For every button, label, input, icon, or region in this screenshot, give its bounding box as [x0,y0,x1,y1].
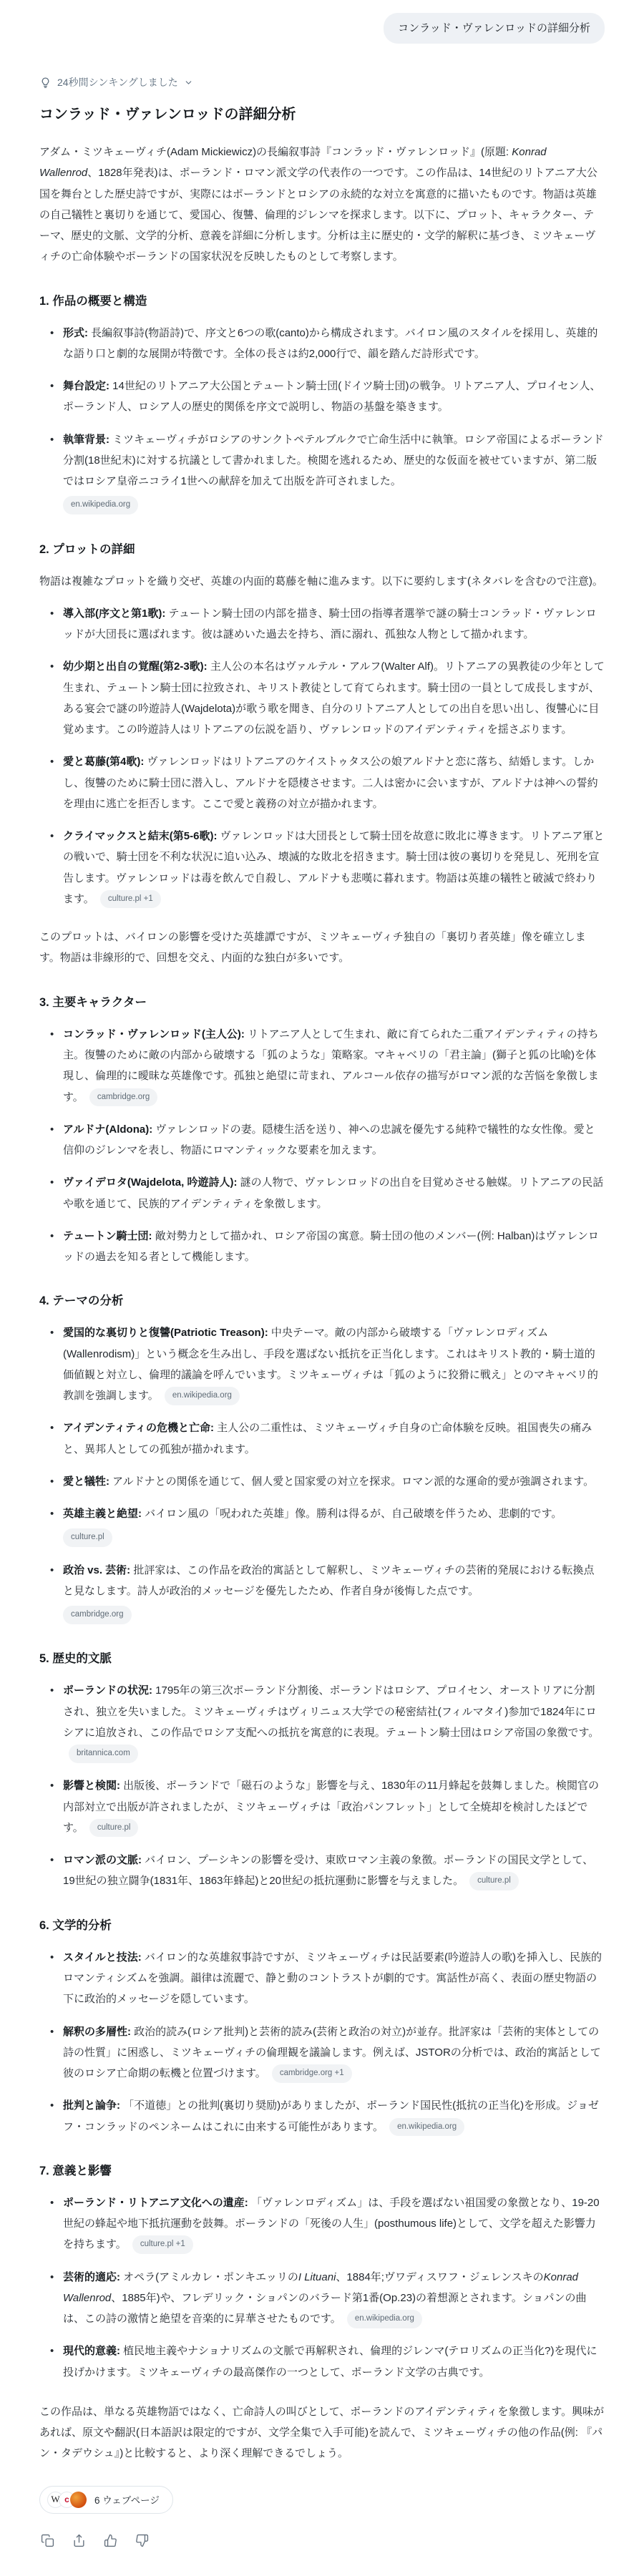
citation-pill[interactable]: en.wikipedia.org [165,1387,240,1405]
section-4-list: 愛国的な裏切りと復讐(Patriotic Treason): 中央テーマ。敵の内… [39,1322,605,1625]
intro-paragraph: アダム・ミツキェーヴィチ(Adam Mickiewicz)の長編叙事詩『コンラッ… [39,142,605,268]
bullet-label: ポーランドの状況: [63,1684,155,1697]
thinking-label: 24秒間シンキングしました [57,75,178,89]
citation-pill[interactable]: cambridge.org [89,1088,158,1107]
bullet-item: アルドナ(Aldona): ヴァレンロッドの妻。隠棲生活を送り、神への忠誠を優先… [39,1119,605,1161]
bullet-item: 愛と葛藤(第4歌): ヴァレンロッドはリトアニアのケイストゥタス公の娘アルドナと… [39,751,605,814]
bullet-label: 現代的意義: [63,2345,123,2357]
bullet-label: 芸術的適応: [63,2271,123,2283]
section-5-list: ポーランドの状況: 1795年の第三次ポーランド分割後、ポーランドはロシア、プロ… [39,1680,605,1891]
sources-chip[interactable]: W c 6 ウェブページ [39,2486,173,2514]
section-7-list: ポーランド・リトアニア文化への遺産: 「ヴァレンロディズム」は、手段を選ばない祖… [39,2192,605,2383]
bullet-text: 、1884年;ヴワディスワフ・ジェレンスキの [336,2271,543,2283]
bullet-label: コンラッド・ヴァレンロッド(主人公): [63,1028,248,1040]
thumbs-down-button[interactable] [135,2534,149,2547]
bullet-item: スタイルと技法: バイロン的な英雄叙事詩ですが、ミツキェーヴィチは民話要素(吟遊… [39,1947,605,2010]
bullet-label: 執筆背景: [63,434,112,446]
thumbs-up-icon [104,2534,117,2547]
bullet-item: 導入部(序文と第1歌): テュートン騎士団の内部を描き、騎士団の指導者選挙で謎の… [39,603,605,645]
thumbs-up-button[interactable] [104,2534,117,2547]
section-2-list: 導入部(序文と第1歌): テュートン騎士団の内部を描き、騎士団の指導者選挙で謎の… [39,603,605,909]
bullet-item: 舞台設定: 14世紀のリトアニア大公国とテュートン騎士団(ドイツ騎士団)の戦争。… [39,376,605,418]
section-heading-3: 3. 主要キャラクター [39,995,605,1011]
intro-part1: アダム・ミツキェーヴィチ(Adam Mickiewicz)の長編叙事詩『コンラッ… [39,146,512,158]
section-heading-1: 1. 作品の概要と構造 [39,293,605,310]
bullet-label: 形式: [63,327,91,339]
bullet-item: 愛と犠牲: アルドナとの関係を通じて、個人愛と国家愛の対立を探求。ロマン派的な運… [39,1471,605,1492]
section-2-outro: このプロットは、バイロンの影響を受けた英雄譚ですが、ミツキェーヴィチ独自の「裏切… [39,927,605,969]
thumbs-down-icon [135,2534,149,2547]
citation-pill[interactable]: en.wikipedia.org [347,2310,422,2328]
bullet-label: 舞台設定: [63,380,112,392]
bullet-text: バイロン的な英雄叙事詩ですが、ミツキェーヴィチは民話要素(吟遊詩人の歌)を挿入し… [63,1951,602,2006]
bullet-item: 幼少期と出自の覚醒(第2-3歌): 主人公の本名はヴァルテル・アルフ(Walte… [39,656,605,740]
chat-page: コンラッド・ヴァレンロッドの詳細分析 24秒間シンキングしました コンラッド・ヴ… [0,0,644,2576]
bullet-text: 「不道徳」との批判(裏切り奨励)がありましたが、ポーランド国民性(抵抗の正当化)… [63,2099,599,2132]
bullet-text: 長編叙事詩(物語詩)で、序文と6つの歌(canto)から構成されます。バイロン風… [63,327,597,360]
citation-pill[interactable]: culture.pl +1 [132,2235,193,2254]
bullet-item: コンラッド・ヴァレンロッド(主人公): リトアニア人として生まれ、敵に育てられた… [39,1024,605,1108]
bullet-item: アイデンティティの危機と亡命: 主人公の二重性は、ミツキェーヴィチ自身の亡命体験… [39,1418,605,1460]
bullet-item: 愛国的な裏切りと復讐(Patriotic Treason): 中央テーマ。敵の内… [39,1322,605,1406]
bullet-text: 植民地主義やナショナリズムの文脈で再解釈され、倫理的ジレンマ(テロリズムの正当化… [63,2345,597,2378]
opera-title-italic: I Lituani [298,2271,336,2283]
answer-title: コンラッド・ヴァレンロッドの詳細分析 [39,105,605,125]
section-1-list: 形式: 長編叙事詩(物語詩)で、序文と6つの歌(canto)から構成されます。バ… [39,323,605,516]
source-favicons: W c [47,2492,87,2508]
bullet-item: ヴァイデロタ(Wajdelota, 吟遊詩人): 謎の人物で、ヴァレンロッドの出… [39,1172,605,1214]
bullet-label: 愛と犠牲: [63,1475,112,1488]
citation-pill[interactable]: culture.pl +1 [100,890,161,909]
section-heading-7: 7. 意義と影響 [39,2163,605,2180]
bullet-label: 導入部(序文と第1歌): [63,608,169,620]
section-6-list: スタイルと技法: バイロン的な英雄叙事詩ですが、ミツキェーヴィチは民話要素(吟遊… [39,1947,605,2137]
bullet-label: スタイルと技法: [63,1951,145,1963]
bullet-item: 影響と検閲: 出版後、ポーランドで「磁石のような」影響を与え、1830年の11月… [39,1775,605,1838]
bullet-label: 批判と論争: [63,2099,123,2112]
bullet-label: 解釈の多層性: [63,2026,134,2038]
bullet-text: ミツキェーヴィチがロシアのサンクトペテルブルクで亡命生活中に執筆。ロシア帝国によ… [63,434,604,488]
bullet-item: 政治 vs. 芸術: 批評家は、この作品を政治的寓話として解釈し、ミツキェーヴィ… [39,1560,605,1626]
bullet-item: 批判と論争: 「不道徳」との批判(裏切り奨励)がありましたが、ポーランド国民性(… [39,2095,605,2137]
bullet-text: 、1885年)や、フレデリック・ショパンのバラード第1番(Op.23)の着想源と… [63,2292,587,2325]
citation-pill[interactable]: culture.pl [469,1872,519,1890]
bullet-text: バイロン風の「呪われた英雄」像。勝利は得るが、自己破壊を伴うため、悲劇的です。 [145,1508,562,1520]
bullet-item: ポーランドの状況: 1795年の第三次ポーランド分割後、ポーランドはロシア、プロ… [39,1680,605,1764]
bullet-label: 愛と葛藤(第4歌): [63,756,147,768]
citation-pill[interactable]: culture.pl [89,1819,139,1838]
intro-part2: 、1828年発表)は、ポーランド・ロマン派文学の代表作の一つです。この作品は、1… [39,167,597,263]
bullet-item: クライマックスと結末(第5-6歌): ヴァレンロッドは大団長として騎士団を故意に… [39,826,605,909]
bullet-label: 英雄主義と絶望: [63,1508,145,1520]
bullet-item: 芸術的適応: オペラ(アミルカレ・ポンキエッリのI Lituani、1884年;… [39,2267,605,2330]
sources-chip-label: 6 ウェブページ [94,2492,160,2507]
answer-actions [41,2534,605,2547]
bullet-item: 英雄主義と絶望: バイロン風の「呪われた英雄」像。勝利は得るが、自己破壊を伴うた… [39,1503,605,1548]
britannica-favicon [70,2492,87,2508]
citation-pill[interactable]: britannica.com [69,1745,138,1763]
citation-pill[interactable]: cambridge.org [63,1606,132,1624]
section-heading-4: 4. テーマの分析 [39,1293,605,1309]
bullet-item: ポーランド・リトアニア文化への遺産: 「ヴァレンロディズム」は、手段を選ばない祖… [39,2192,605,2255]
section-heading-5: 5. 歴史的文脈 [39,1651,605,1667]
bullet-label: 影響と検閲: [63,1780,123,1792]
chevron-down-icon [184,78,193,87]
copy-button[interactable] [41,2534,54,2547]
bullet-item: 現代的意義: 植民地主義やナショナリズムの文脈で再解釈され、倫理的ジレンマ(テロ… [39,2341,605,2383]
lightbulb-icon [39,77,52,89]
user-message-row: コンラッド・ヴァレンロッドの詳細分析 [39,13,605,44]
bullet-label: テュートン騎士団: [63,1230,155,1242]
bullet-text: 14世紀のリトアニア大公国とテュートン騎士団(ドイツ騎士団)の戦争。リトアニア人… [63,380,600,413]
section-heading-2: 2. プロットの詳細 [39,542,605,558]
bullet-label: ヴァイデロタ(Wajdelota, 吟遊詩人): [63,1176,240,1189]
citation-pill[interactable]: culture.pl [63,1528,112,1547]
bullet-label: クライマックスと結末(第5-6歌): [63,830,220,842]
bullet-label: 幼少期と出自の覚醒(第2-3歌): [63,660,210,673]
bullet-label: アルドナ(Aldona): [63,1123,155,1136]
bullet-item: 形式: 長編叙事詩(物語詩)で、序文と6つの歌(canto)から構成されます。バ… [39,323,605,365]
bullet-item: 解釈の多層性: 政治的読み(ロシア批判)と芸術的読み(芸術と政治の対立)が並存。… [39,2021,605,2084]
bullet-label: ポーランド・リトアニア文化への遺産: [63,2197,251,2209]
bullet-text: アルドナとの関係を通じて、個人愛と国家愛の対立を探求。ロマン派的な運命的愛が強調… [112,1475,594,1488]
bullet-text: 出版後、ポーランドで「磁石のような」影響を与え、1830年の11月蜂起を鼓舞しま… [63,1780,599,1834]
section-heading-6: 6. 文学的分析 [39,1918,605,1934]
bullet-text: 批評家は、この作品を政治的寓話として解釈し、ミツキェーヴィチの芸術的発展における… [63,1564,594,1597]
bullet-text: オペラ(アミルカレ・ポンキエッリの [123,2271,298,2283]
citation-pill[interactable]: en.wikipedia.org [389,2118,464,2137]
bullet-item: ロマン派の文脈: バイロン、プーシキンの影響を受け、東欧ロマン主義の象徴。ポーラ… [39,1850,605,1892]
section-3-list: コンラッド・ヴァレンロッド(主人公): リトアニア人として生まれ、敵に育てられた… [39,1024,605,1268]
thinking-toggle[interactable]: 24秒間シンキングしました [39,75,193,89]
bullet-label: 愛国的な裏切りと復讐(Patriotic Treason): [63,1327,271,1339]
citation-pill[interactable]: en.wikipedia.org [63,496,138,514]
bullet-label: アイデンティティの危機と亡命: [63,1422,217,1434]
user-message-bubble: コンラッド・ヴァレンロッドの詳細分析 [384,13,605,44]
bullet-label: 政治 vs. 芸術: [63,1564,133,1576]
bullet-item: 執筆背景: ミツキェーヴィチがロシアのサンクトペテルブルクで亡命生活中に執筆。ロ… [39,429,605,516]
citation-pill[interactable]: cambridge.org +1 [272,2064,352,2083]
copy-icon [41,2534,54,2547]
share-icon [72,2534,86,2547]
bullet-label: ロマン派の文脈: [63,1854,145,1866]
closing-paragraph: この作品は、単なる英雄物語ではなく、亡命詩人の叫びとして、ポーランドのアイデンテ… [39,2401,605,2464]
bullet-item: テュートン騎士団: 敵対勢力として描かれ、ロシア帝国の寓意。騎士団の他のメンバー… [39,1226,605,1268]
section-2-intro: 物語は複雑なプロットを織り交ぜ、英雄の内面的葛藤を軸に進みます。以下に要約します… [39,571,605,592]
share-button[interactable] [72,2534,86,2547]
